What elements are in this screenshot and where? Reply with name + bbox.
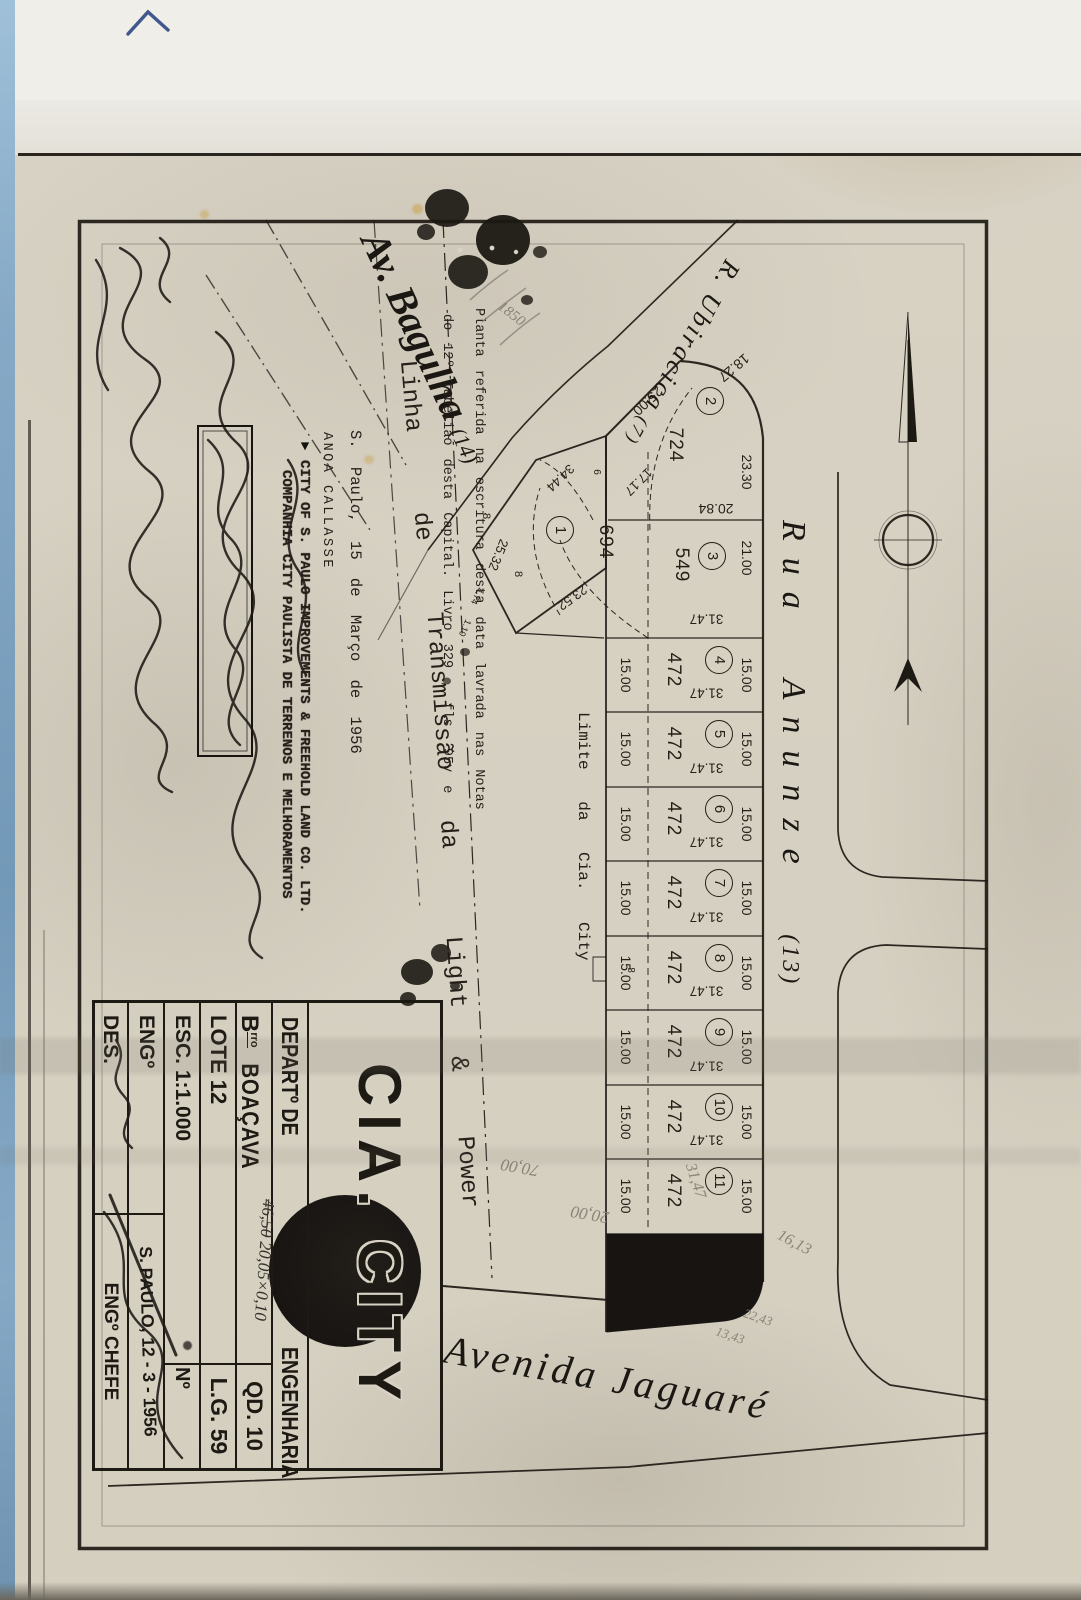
note-date: S. Paulo, 15 de Março de 1956 <box>346 430 364 754</box>
title-block-line <box>127 1003 129 1468</box>
bairro-label: Brro BOAÇAVA <box>233 1015 270 1179</box>
lot6-depth-dim: 31.47 <box>684 761 730 776</box>
transmission-word-power: Power <box>451 1135 483 1209</box>
lot4-front-dim: 15.00 <box>739 640 755 710</box>
dept-label-left: DEPARTº DE <box>274 1017 306 1136</box>
lot10-back-dim: 15.00 <box>618 1087 634 1157</box>
cia-city-logo-text: CIA. CITY <box>345 1003 414 1468</box>
paper-stain <box>412 204 423 214</box>
transmission-word-amp: & <box>443 1055 474 1073</box>
lot9-back-dim: 15.00 <box>618 1012 634 1082</box>
bairro-name: BOAÇAVA <box>233 1064 265 1170</box>
scanned-plat-page: Rua Anunze (13) R. Ubiracica (7) Av. Bag… <box>0 0 1081 1600</box>
bairro-prefix: B <box>236 1015 263 1032</box>
curve-mark: 6 <box>591 466 602 478</box>
lot10-front-dim: 15.00 <box>739 1087 755 1157</box>
handwritten-struck-value: 46,50 <box>257 1199 279 1238</box>
lot4-back-dim: 15.00 <box>618 640 634 710</box>
lot7-number: 7 <box>705 869 733 897</box>
lot12-filled <box>607 1234 763 1332</box>
lot6-front-dim: 15.00 <box>739 789 755 859</box>
lot9-front-dim: 15.00 <box>739 1012 755 1082</box>
lot9-depth-dim: 31.47 <box>684 984 730 999</box>
handwritten-annotation: 46,50 20,05×0,10 <box>250 1198 278 1321</box>
lg-value: L.G. 59 <box>203 1367 235 1465</box>
lot10-area: 472 <box>662 1091 684 1143</box>
lot11-number: 11 <box>705 1167 733 1195</box>
title-block-line <box>307 1003 309 1468</box>
bairro-superscript: rro <box>247 1032 260 1047</box>
paper-top-band <box>0 100 1081 155</box>
quadra-value: QD. 10 <box>238 1367 270 1465</box>
underlying-page-edge <box>28 420 31 1600</box>
lot10-depth-dim: 31.47 <box>684 1059 730 1074</box>
lot1-number: 1 <box>546 516 574 544</box>
book-binding-edge <box>0 0 15 1600</box>
lot5-front-dim: 15.00 <box>739 714 755 784</box>
lot5-number: 5 <box>705 720 733 748</box>
lot8-area: 472 <box>662 942 684 994</box>
lot6-back-dim: 15.00 <box>618 789 634 859</box>
transmission-word-da: da <box>433 819 462 850</box>
note-company-2: COMPANHIA CITY PAULISTA DE TERRENOS E ME… <box>278 470 294 898</box>
city-date-value: S. PAULO, 12 - 3 - 1956 <box>130 1219 166 1465</box>
note-stamp-name: ANOA CALLASSE <box>319 432 334 570</box>
lot8-depth-dim: 31.47 <box>684 910 730 925</box>
lot8-back-dim: 15.00 <box>618 938 634 1008</box>
note-line-2: do 12º Tabelião desta Capital. Livro 329… <box>439 314 454 793</box>
lot7-area: 472 <box>662 867 684 919</box>
lot9-number: 9 <box>705 1018 733 1046</box>
lot3-front-dim: 21.00 <box>739 523 755 593</box>
lot10-number: 10 <box>705 1093 733 1121</box>
designer-label: DES. <box>94 1015 126 1064</box>
title-block: CIA. CITY DEPARTº DE ENGENHARIA Brro BOA… <box>92 1000 443 1471</box>
numero-label: Nº <box>166 1367 198 1427</box>
lot7-back-dim: 15.00 <box>618 863 634 933</box>
sheet-edge-rule <box>18 153 1081 156</box>
lot8-number: 8 <box>705 944 733 972</box>
lot11-depth-dim: 31.47 <box>684 1133 730 1148</box>
transmission-word-light: Light <box>439 935 471 1009</box>
lot2-area: 724 <box>664 416 686 474</box>
scale-value: ESC. 1:1.000 <box>166 1015 198 1141</box>
stamp-arrow-icon: ► <box>296 442 312 450</box>
lot6-number: 6 <box>705 795 733 823</box>
note-company-1: CITY OF S. PAULO IMPROVEMENTS & FREEHOLD… <box>296 460 312 914</box>
curve-mark: 8 <box>512 568 524 580</box>
boxed-signature <box>198 426 252 756</box>
lot11-front-dim: 15.00 <box>739 1161 755 1231</box>
lot2-number: 2 <box>696 387 724 415</box>
lot2-divider-dim: 20.84 <box>681 501 751 517</box>
engineer-label: ENGº <box>130 1015 162 1068</box>
note-line-1: Planta referida na escritura desta data … <box>471 308 486 810</box>
title-block-line <box>95 1213 165 1215</box>
lot4-depth-dim: 31.47 <box>684 612 730 627</box>
dept-label-right: ENGENHARIA <box>274 1347 306 1478</box>
title-block-line <box>199 1003 201 1468</box>
lote-value: LOTE 12 <box>202 1015 234 1104</box>
blue-pen-caret <box>128 12 168 34</box>
north-arrow-icon <box>874 312 942 725</box>
transmission-word-de: de <box>407 511 436 542</box>
lot5-back-dim: 15.00 <box>618 714 634 784</box>
page-bottom-shadow <box>0 1582 1081 1600</box>
pencil-dot <box>183 1341 192 1350</box>
lot4-number: 4 <box>705 646 733 674</box>
street-name: Rua Anunze <box>775 520 812 881</box>
lot8-front-dim: 15.00 <box>739 938 755 1008</box>
lot11-area: 472 <box>662 1165 684 1217</box>
street-number: (13) <box>777 934 803 986</box>
lot7-depth-dim: 31.47 <box>684 835 730 850</box>
underlying-page-edge-2 <box>43 930 45 1600</box>
lot11-back-dim: 15.00 <box>618 1161 634 1231</box>
paper-top-sheet-edge <box>0 0 1081 101</box>
limite-label: Limite da Cia. City <box>574 712 592 1042</box>
lot3-area: 549 <box>670 536 692 594</box>
lot6-area: 472 <box>662 793 684 845</box>
lot5-area: 472 <box>662 718 684 770</box>
title-block-line <box>165 1363 273 1365</box>
lot9-area: 472 <box>662 1016 684 1068</box>
plat-drawing: Rua Anunze (13) R. Ubiracica (7) Av. Bag… <box>78 220 988 1550</box>
lot7-front-dim: 15.00 <box>739 863 755 933</box>
lot2-front-dim: 23.30 <box>739 437 755 507</box>
street-label-rua-anunze: Rua Anunze (13) <box>774 520 812 1180</box>
chief-engineer-label: ENGº CHEFE <box>94 1219 126 1464</box>
paper-stain <box>200 210 209 219</box>
lot5-depth-dim: 31.47 <box>684 686 730 701</box>
lot4-area: 472 <box>662 644 684 696</box>
lot1-area: 694 <box>594 510 616 574</box>
lot3-number: 3 <box>698 542 726 570</box>
